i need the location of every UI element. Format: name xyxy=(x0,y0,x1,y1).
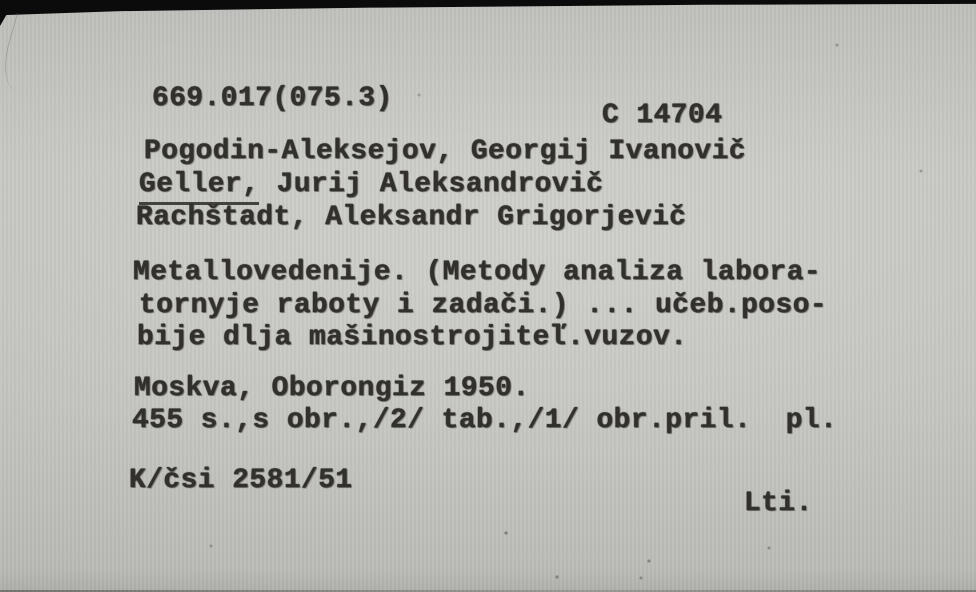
author-line-secondary: Geller, Jurij Aleksandrovič xyxy=(139,170,603,200)
accession-number: K/čsi 2581/51 xyxy=(129,466,353,496)
title-line-2: tornyje raboty i zadači.) ... učeb.poso- xyxy=(139,291,827,321)
cataloguer-initials: Lti. xyxy=(744,489,813,519)
typed-text-layer: 669.017(075.3) C 14704 Pogodin-Aleksejov… xyxy=(0,0,976,592)
author-surname-underlined: Geller, xyxy=(139,169,259,205)
imprint-place-publisher-year: Moskva, Oborongiz 1950. xyxy=(134,374,530,404)
shelf-mark: C 14704 xyxy=(602,101,722,131)
author-secondary-given-names: Jurij Aleksandrovič xyxy=(259,169,603,200)
udc-classification-number: 669.017(075.3) xyxy=(152,84,393,114)
author-line-tertiary: Rachštadt, Aleksandr Grigorjevič xyxy=(136,203,687,233)
author-line-primary: Pogodin-Aleksejov, Georgij Ivanovič xyxy=(144,137,746,167)
title-line-1: Metallovedenije. (Metody analiza labora- xyxy=(133,258,821,288)
scanned-catalog-card: 669.017(075.3) C 14704 Pogodin-Aleksejov… xyxy=(0,0,976,592)
title-line-3: bije dlja mašinostrojiteľ.vuzov. xyxy=(137,323,688,353)
collation-pagination-line: 455 s.,s obr.,/2/ tab.,/1/ obr.pril. pl. xyxy=(132,406,837,436)
